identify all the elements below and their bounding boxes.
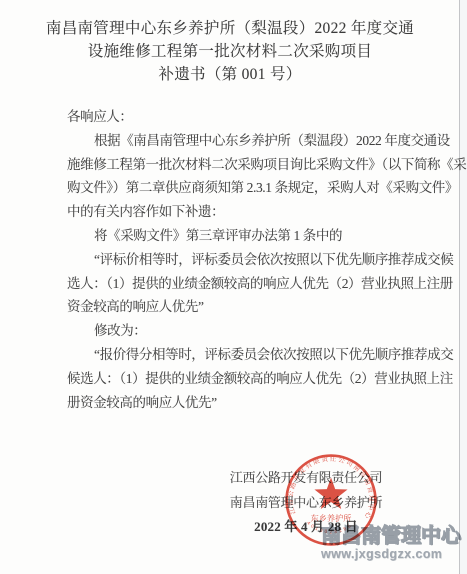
document-title: 南昌南管理中心东乡养护所（梨温段）2022 年度交通 设施维修工程第一批次材料二… [0, 17, 460, 86]
body-line: 资金较高的响应人优先” [67, 295, 432, 319]
body-line: 根据《南昌南管理中心东乡养护所（梨温段）2022 年度交通设 [67, 129, 432, 153]
body-line: 各响应人： [67, 105, 432, 129]
signature-company: 江西公路开发有限责任公司 [206, 466, 406, 491]
watermark-url: www.jxgsdgzx.com [321, 548, 467, 561]
body-line: 中的有关内容作如下补遗： [67, 200, 432, 224]
body-line: 将《采购文件》第三章评审办法第 1 条中的 [67, 224, 432, 248]
signature-department: 南昌南管理中心东乡养护所 [206, 491, 406, 516]
site-watermark: 南昌南管理中心 www.jxgsdgzx.com [321, 526, 467, 561]
scan-margin-strip [460, 0, 467, 574]
body-line: 施维修工程第一批次材料二次采购项目询比采购文件》（以下简称《采 [67, 153, 432, 177]
body-line: 候选人：（1）提供的业绩金额较高的响应人优先（2）营业执照上注 [67, 367, 432, 391]
body-line: 购文件》）第二章供应商须知第 2.3.1 条规定，采购人对《采购文件》 [67, 176, 432, 200]
title-line-2: 设施维修工程第一批次材料二次采购项目 [0, 40, 460, 63]
body-line: 选人：（1）提供的业绩金额较高的响应人优先（2）营业执照上注册 [67, 272, 432, 296]
body-line: 修改为： [67, 319, 432, 343]
body-line: “评标价相等时，评标委员会依次按照以下优先顺序推荐成交候 [67, 248, 432, 272]
body-line: 册资金较高的响应人优先” [67, 391, 432, 415]
document-page: 南昌南管理中心东乡养护所（梨温段）2022 年度交通 设施维修工程第一批次材料二… [0, 0, 467, 574]
scan-page-edge [459, 0, 460, 574]
document-body: 各响应人：根据《南昌南管理中心东乡养护所（梨温段）2022 年度交通设施维修工程… [67, 105, 432, 414]
title-line-1: 南昌南管理中心东乡养护所（梨温段）2022 年度交通 [0, 17, 460, 40]
body-line: “报价得分相等时，评标委员会依次按照以下优先顺序推荐成交 [67, 343, 432, 367]
watermark-text: 南昌南管理中心 [321, 526, 467, 546]
title-line-3: 补遗书（第 001 号） [0, 63, 460, 86]
